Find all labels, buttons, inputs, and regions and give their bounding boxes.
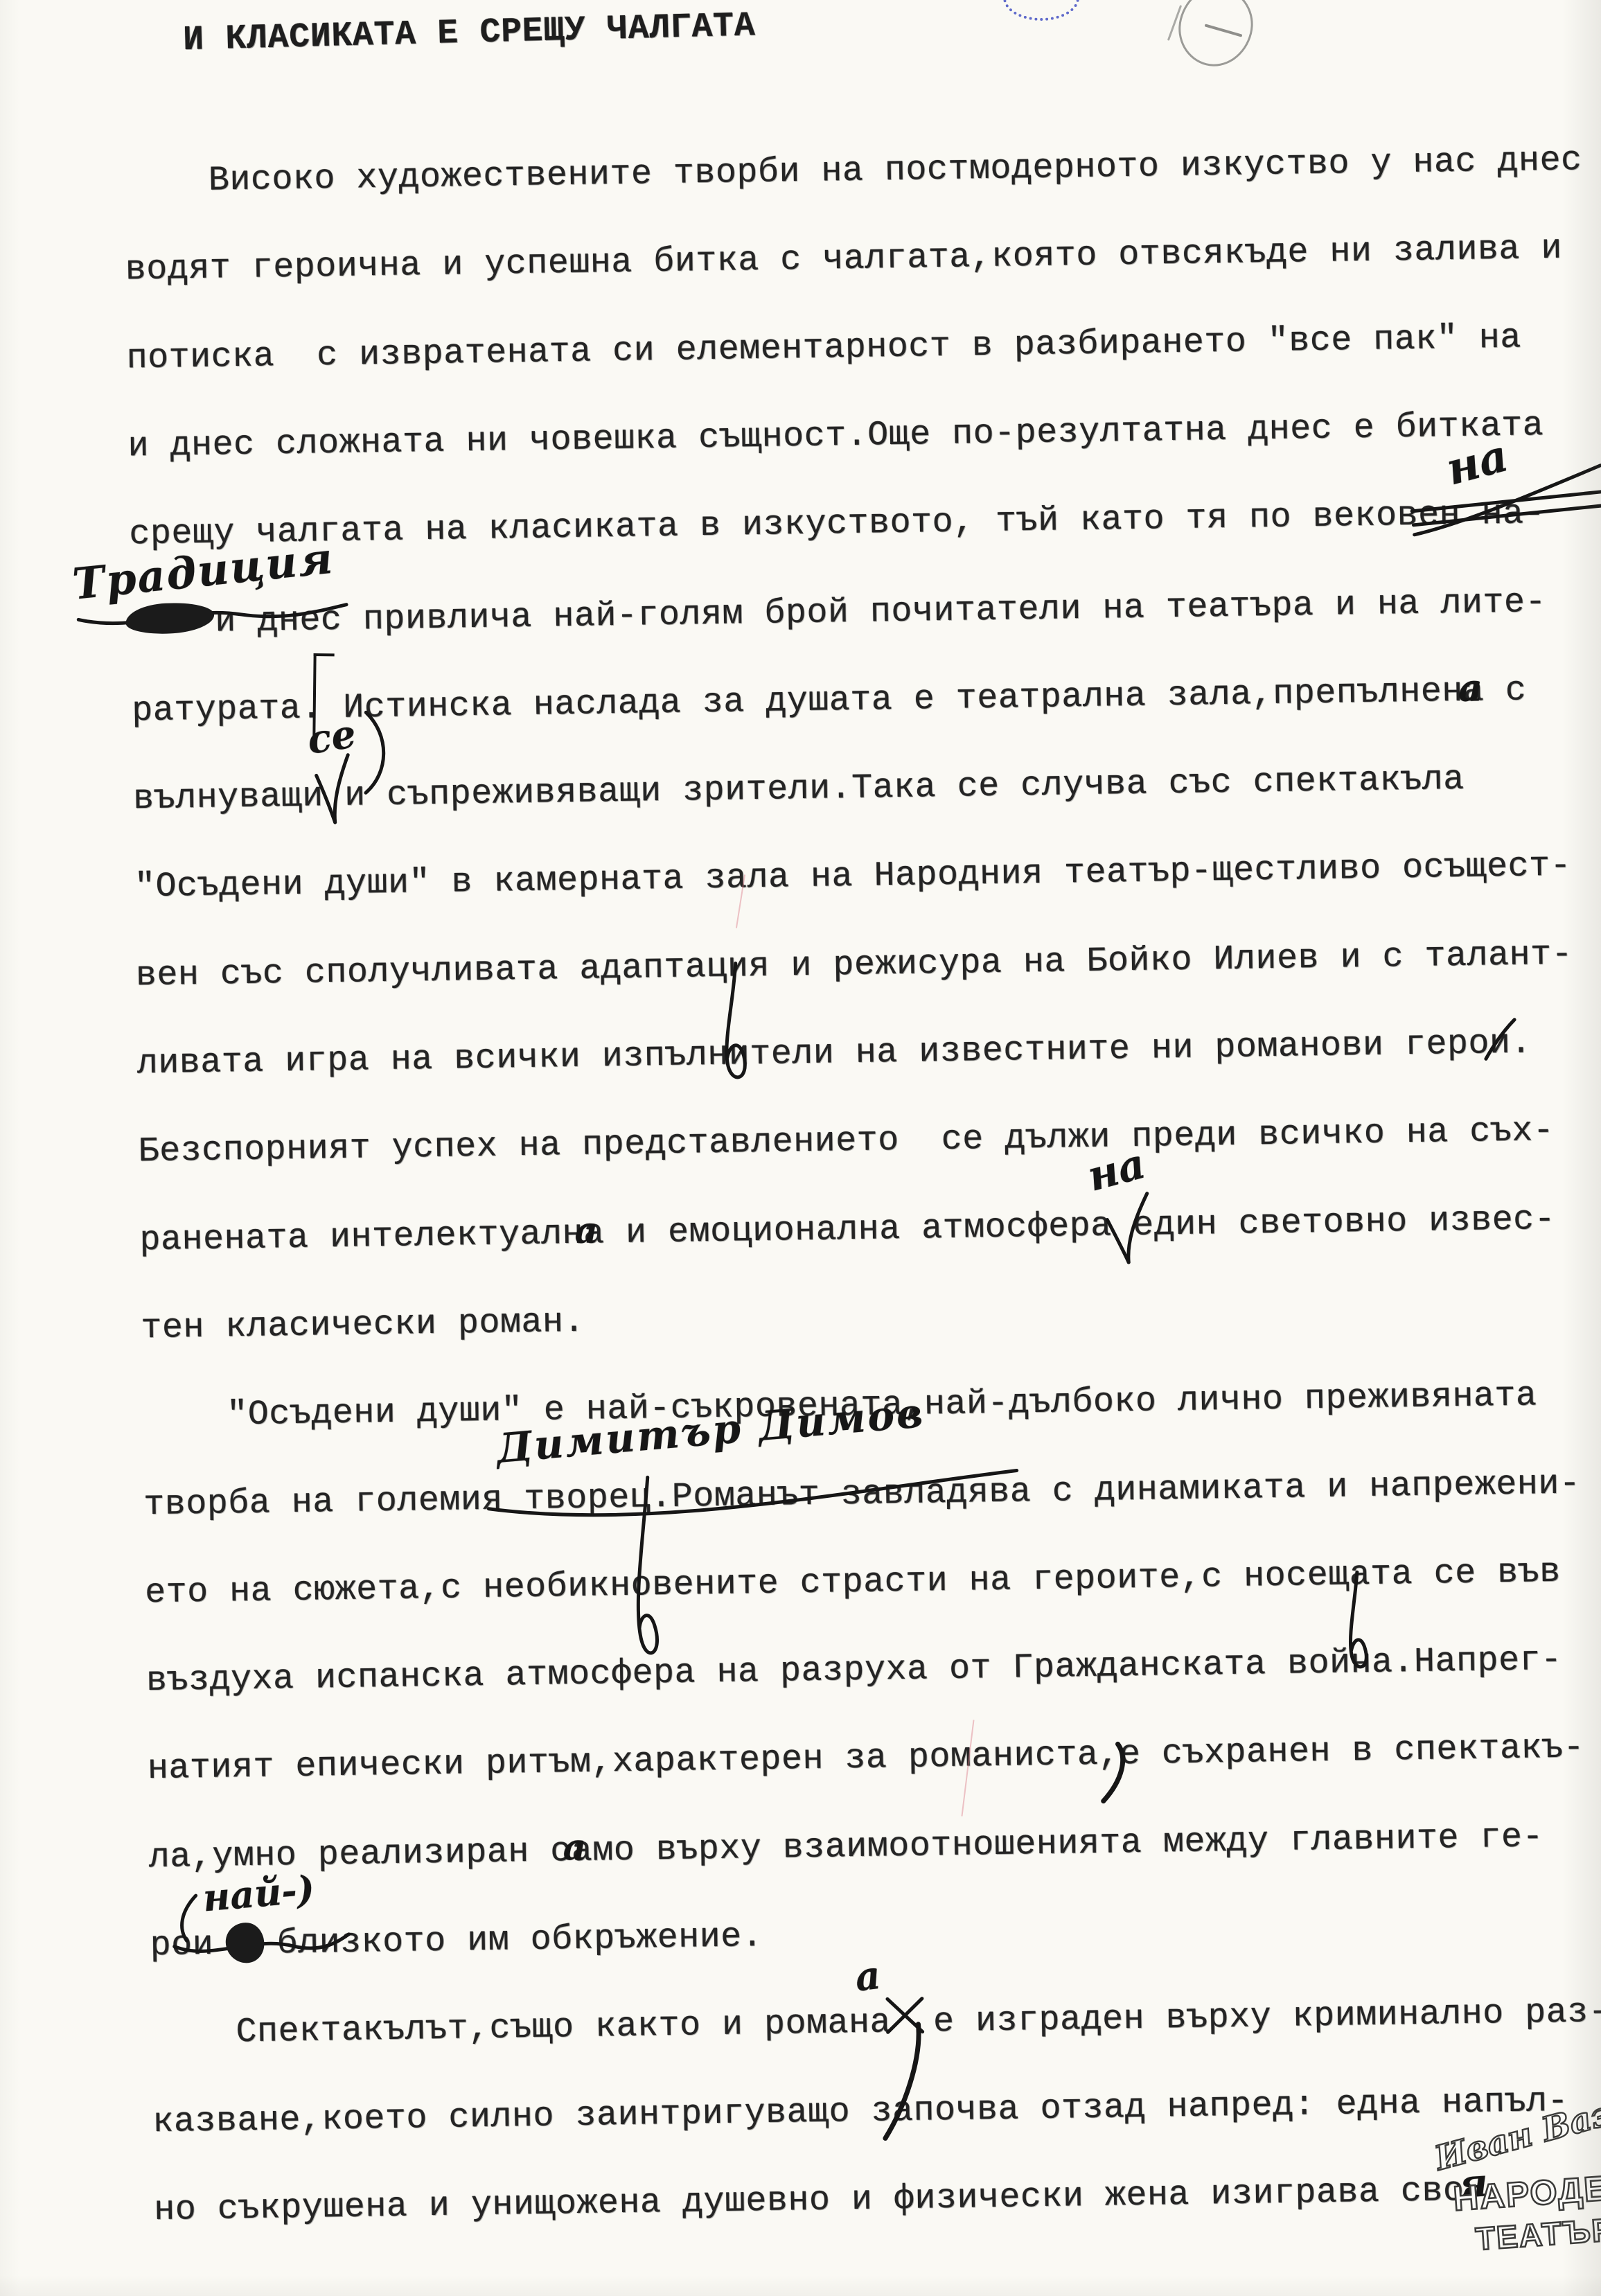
caret-stroke-icon — [1097, 1190, 1162, 1268]
typed-line: срещу чалгата на класиката в изкуството,… — [129, 495, 1545, 554]
typed-line: "Осъдени души" в камерната зала на Народ… — [134, 847, 1572, 908]
typed-line: ла,умно реализиран само върху взаимоотно… — [148, 1818, 1543, 1878]
comma-mark-icon — [1091, 1738, 1135, 1810]
theatre-stamp: Иван Вазов НАРОДЕН ТЕАТЪР — [1419, 2126, 1601, 2261]
overstrike-mark-icon — [1478, 1016, 1522, 1066]
typed-line: ливата игра на всички изпълнители на изв… — [136, 1024, 1532, 1084]
underline-flourish-icon — [167, 1890, 355, 1969]
handwritten-letter: а — [1458, 665, 1483, 710]
typed-line: Безспорният успех на представлението се … — [138, 1112, 1554, 1172]
loop-mark-icon — [702, 959, 768, 1090]
handwritten-letter: а — [853, 1952, 883, 2001]
paren-stroke-icon — [360, 707, 398, 799]
descender-stroke-icon — [617, 1472, 683, 1675]
typed-line: потиска с извратената си елементарност в… — [126, 319, 1521, 378]
typed-line: но съкрушена и унищожена душевно и физич… — [154, 2172, 1465, 2230]
stamp-text-line: НАРОДЕН — [1452, 2166, 1601, 2219]
typed-line: и днес сложната ни човешка същност.Още п… — [127, 407, 1543, 466]
typed-line: водят героична и успешна битка с чалгата… — [125, 230, 1562, 290]
loop-mark-icon — [1328, 1569, 1386, 1681]
typed-line: вен със сполучливата адаптация и режисур… — [136, 935, 1573, 996]
insertion-bracket-mark — [312, 653, 334, 739]
page-title: И КЛАСИКАТА Е СРЕЩУ ЧАЛГАТА — [182, 6, 756, 60]
comma-mark-icon — [875, 2018, 934, 2145]
typed-line: тен класически роман. — [141, 1303, 585, 1348]
typed-line: ранената интелектуална и емоционална атм… — [139, 1200, 1555, 1260]
typed-line: натият епически ритъм,характерен за рома… — [148, 1729, 1585, 1790]
strikeout-scribble-icon — [1403, 453, 1601, 546]
typed-line: казване,което силно заинтригуващо започв… — [152, 2082, 1568, 2142]
handwritten-letter: а — [574, 1209, 599, 1251]
typed-line: Високо художествените творби на постмоде… — [208, 141, 1582, 200]
underline-flourish-icon — [477, 1458, 1027, 1530]
document-sheet: И КЛАСИКАТА Е СРЕЩУ ЧАЛГАТА Високо худож… — [0, 0, 1601, 2296]
scanned-typewritten-page: { "title": "И КЛАСИКАТА Е СРЕЩУ ЧАЛГАТА"… — [0, 0, 1601, 2296]
handwritten-letter: а — [563, 1826, 587, 1869]
caret-stroke-icon — [308, 751, 360, 829]
